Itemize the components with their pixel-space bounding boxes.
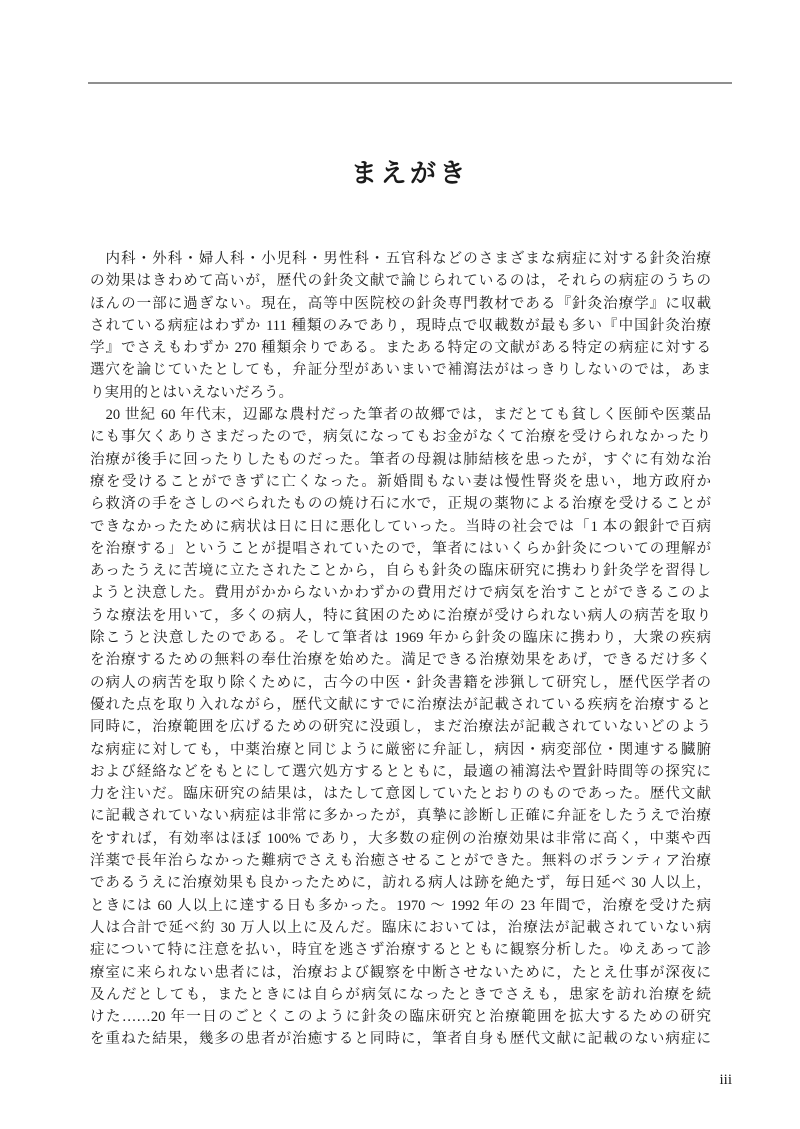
text-line: 洋薬で長年治らなかった難病でさえも治癒させることができた。無料のボランティア治療	[90, 850, 711, 872]
text-line: 治療が後手に回ったりしたものだった。筆者の母親は肺結核を患ったが，すぐに有効な治	[90, 449, 711, 471]
text-line: ら救済の手をさしのべられたものの焼け石に水で，正規の薬物による治療を受けることが	[90, 493, 711, 515]
preface-page: まえがき 内科・外科・婦人科・小児科・男性科・五官科などのさまざまな病症に対する…	[0, 0, 800, 1129]
text-line: できなかったために病状は日に日に悪化していった。当時の社会では「1 本の銀針で百…	[90, 516, 711, 538]
text-line: 力を注いだ。臨床研究の結果は，はたして意図していたとおりのものであった。歴代文献	[90, 783, 711, 805]
page-title: まえがき	[88, 158, 732, 189]
page-number: iii	[88, 1071, 732, 1089]
text-line: 症について特に注意を払い，時宜を逃さず治療するとともに観察分析した。ゆえあって診	[90, 939, 711, 961]
body-text: 内科・外科・婦人科・小児科・男性科・五官科などのさまざまな病症に対する針灸治療の…	[90, 248, 711, 1051]
text-line: に記載されていない病症は非常に多かったが，真摯に診断し正確に弁証をしたうえで治療	[90, 805, 711, 827]
text-line: ときには 60 人以上に達する日も多かった。1970 ～ 1992 年の 23 …	[90, 895, 711, 917]
paragraph: 内科・外科・婦人科・小児科・男性科・五官科などのさまざまな病症に対する針灸治療の…	[90, 248, 711, 404]
text-line: 人は合計で延べ約 30 万人以上に及んだ。臨床においては，治療法が記載されていな…	[90, 917, 711, 939]
text-line: あったうえに苦境に立たされたことから，自らも針灸の臨床研究に携わり針灸学を習得し	[90, 560, 711, 582]
text-line: ほんの一部に過ぎない。現在，高等中医院校の針灸専門教材である『針灸治療学』に収載	[90, 293, 711, 315]
text-line: 20 世紀 60 年代末，辺鄙な農村だった筆者の故郷では，まだとても貧しく医師や…	[90, 404, 711, 426]
text-line: 及んだとしても，またときには自らが病気になったときでさえも，患家を訪れ治療を続	[90, 984, 711, 1006]
text-line: を治療するための無料の奉仕治療を始めた。満足できる治療効果をあげ，できるだけ多く	[90, 649, 711, 671]
text-line: けた……20 年一日のごとくこのように針灸の臨床研究と治療範囲を拡大するための研…	[90, 1006, 711, 1028]
text-line: 優れた点を取り入れながら，歴代文献にすでに治療法が記載されている疾病を治療すると	[90, 694, 711, 716]
text-line: をすれば，有効率はほぼ 100% であり，大多数の症例の治療効果は非常に高く，中…	[90, 828, 711, 850]
text-line: であるうえに治療効果も良かったために，訪れる病人は跡を絶たず，毎日延べ 30 人…	[90, 872, 711, 894]
text-line: な病症に対しても，中薬治療と同じように厳密に弁証し，病因・病変部位・関連する臓腑	[90, 739, 711, 761]
text-line: 療室に来られない患者には，治療および観察を中断させないために，たとえ仕事が深夜に	[90, 962, 711, 984]
paragraph: 20 世紀 60 年代末，辺鄙な農村だった筆者の故郷では，まだとても貧しく医師や…	[90, 404, 711, 1051]
text-line: を重ねた結果，幾多の患者が治癒すると同時に，筆者自身も歴代文献に記載のない病症に	[90, 1028, 711, 1050]
text-line: うな療法を用いて，多くの病人，特に貧困のために治療が受けられない病人の病苦を取り	[90, 605, 711, 627]
text-line: 同時に，治療範囲を広げるための研究に没頭し，まだ治療法が記載されていないどのよう	[90, 716, 711, 738]
text-line: ようと決意した。費用がかからないかわずかの費用だけで病気を治すことができるこのよ	[90, 582, 711, 604]
text-line: の効果はきわめて高いが，歴代の針灸文献で論じられているのは，それらの病症のうちの	[90, 270, 711, 292]
header-rule	[88, 82, 732, 84]
text-line: 学』でさえもわずか 270 種類余りである。またある特定の文献がある特定の病症に…	[90, 337, 711, 359]
text-line: 内科・外科・婦人科・小児科・男性科・五官科などのさまざまな病症に対する針灸治療	[90, 248, 711, 270]
text-line: にも事欠くありさまだったので，病気になってもお金がなくて治療を受けられなかったり	[90, 426, 711, 448]
text-line: の病人の病苦を取り除くために，古今の中医・針灸書籍を渉猟して研究し，歴代医学者の	[90, 672, 711, 694]
text-line: 療を受けることができずに亡くなった。新婚間もない妻は慢性腎炎を患い，地方政府か	[90, 471, 711, 493]
text-line: されている病症はわずか 111 種類のみであり，現時点で収載数が最も多い『中国針…	[90, 315, 711, 337]
text-line: 除こうと決意したのである。そして筆者は 1969 年から針灸の臨床に携わり，大衆…	[90, 627, 711, 649]
text-line: および経絡などをもとにして選穴処方するとともに，最適の補瀉法や置針時間等の探究に	[90, 761, 711, 783]
text-line: 選穴を論じていたとしても，弁証分型があいまいで補瀉法がはっきりしないのでは，あま	[90, 359, 711, 381]
text-line: り実用的とはいえないだろう。	[90, 382, 711, 404]
text-line: を治療する」ということが提唱されていたので，筆者にはいくらか針灸についての理解が	[90, 538, 711, 560]
